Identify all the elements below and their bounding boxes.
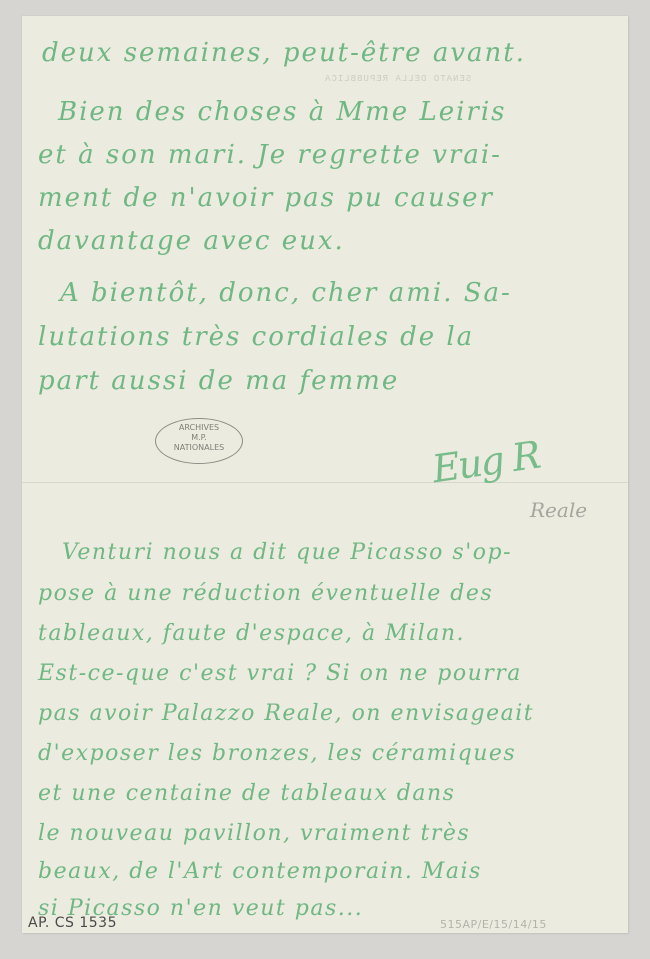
letter-line: Venturi nous a dit que Picasso s'op- [62,540,512,565]
letter-line: d'exposer les bronzes, les céramiques [38,741,516,766]
pencil-reference-number: 515AP/E/15/14/15 [440,918,547,931]
fold-line [22,482,628,483]
letter-line: pose à une réduction éventuelle des [38,581,493,606]
letter-line: davantage avec eux. [38,226,345,256]
letter-line: part aussi de ma femme [38,366,399,396]
letter-line: et une centaine de tableaux dans [38,781,455,806]
archive-reference: AP. CS 1535 [28,915,117,931]
letter-line: A bientôt, donc, cher ami. Sa- [60,278,512,308]
letter-line: lutations très cordiales de la [38,322,474,352]
letter-line: tableaux, faute d'espace, à Milan. [38,621,465,646]
archives-stamp: ARCHIVES M.P. NATIONALES [155,418,243,464]
letter-line: Est-ce-que c'est vrai ? Si on ne pourra [38,661,522,686]
letterhead-show-through: SENATO DELLA REPUBBLICA [324,74,471,84]
letter-line: pas avoir Palazzo Reale, on envisageait [38,701,534,726]
letter-line: ment de n'avoir pas pu causer [38,183,494,213]
pencil-annotation: Reale [530,498,587,522]
letter-line: le nouveau pavillon, vraiment très [38,821,470,846]
stamp-line: M.P. [156,433,242,443]
letter-line: Bien des choses à Mme Leiris [58,97,507,127]
stamp-line: NATIONALES [156,443,242,453]
letter-line: beaux, de l'Art contemporain. Mais [38,859,482,884]
stamp-line: ARCHIVES [156,423,242,433]
letter-sheet: SENATO DELLA REPUBBLICA deux semaines, p… [22,16,628,933]
letter-line: et à son mari. Je regrette vrai- [38,140,502,170]
letter-line: deux semaines, peut-être avant. [42,38,526,68]
